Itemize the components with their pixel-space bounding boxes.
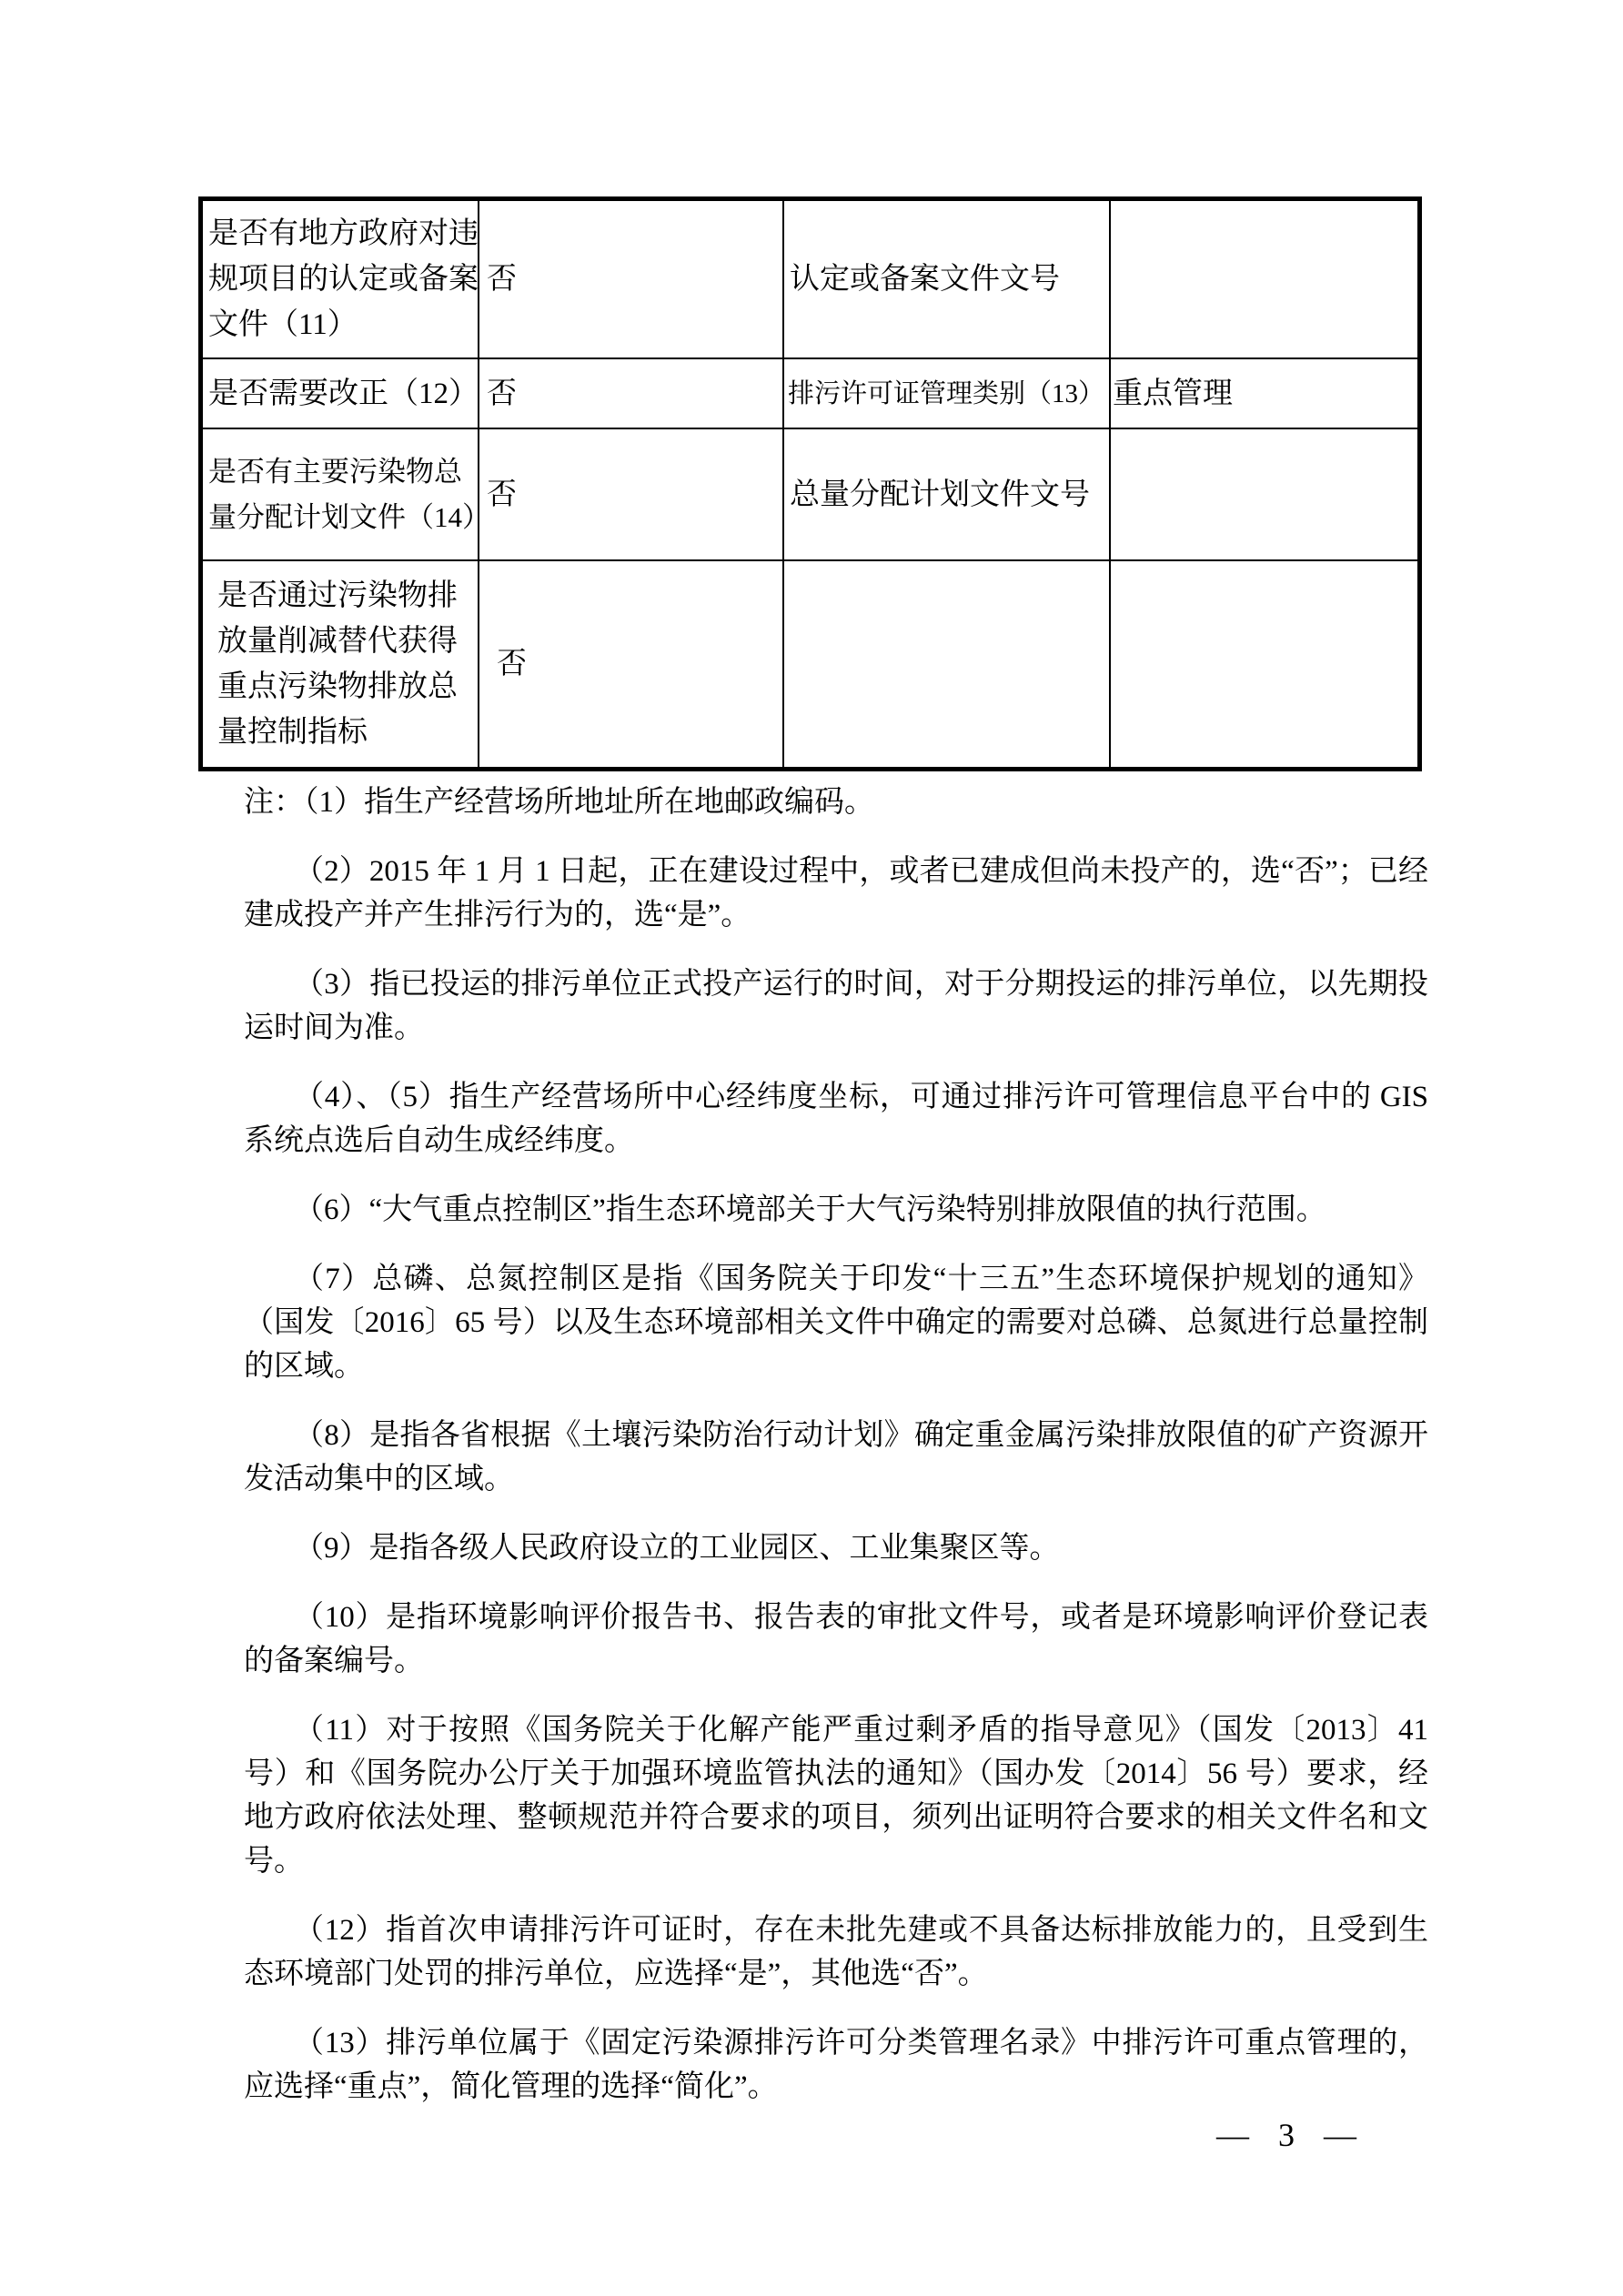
page-number: 3 <box>1278 2116 1295 2154</box>
note-item-11: （11）对于按照《国务院关于化解产能严重过剩矛盾的指导意见》（国发〔2013〕4… <box>244 1708 1428 1883</box>
question-11-line: 文件（11） <box>208 302 478 347</box>
label-text: 总量分配计划文件文号 <box>790 472 1109 518</box>
value-text: 重点管理 <box>1113 371 1417 417</box>
question-offset-line: 量控制指标 <box>217 710 478 755</box>
table-cell-question-12: 是否需要改正（12） <box>203 359 479 429</box>
question-offset-line: 是否通过污染物排 <box>217 573 478 619</box>
note-item-7: （7）总磷、总氮控制区是指《国务院关于印发“十三五”生态环境保护规划的通知》（国… <box>244 1257 1428 1388</box>
question-offset-line: 重点污染物排放总 <box>217 664 478 710</box>
note-item-3: （3）指已投运的排污单位正式投产运行的时间，对于分期投运的排污单位，以先期投运时… <box>244 962 1428 1050</box>
table-cell-empty <box>784 561 1111 767</box>
note-item-4-5: （4）、（5）指生产经营场所中心经纬度坐标，可通过排污许可管理信息平台中的 GI… <box>244 1075 1428 1163</box>
table-cell-label-mgmt-category-13: 排污许可证管理类别（13） <box>784 359 1111 429</box>
note-item-10: （10）是指环境影响评价报告书、报告表的审批文件号，或者是环境影响评价登记表的备… <box>244 1596 1428 1683</box>
table-cell-doc-number-11-value <box>1111 201 1417 359</box>
table-cell-label-doc-number-11: 认定或备案文件文号 <box>784 201 1111 359</box>
table-cell-answer-11: 否 <box>479 201 784 359</box>
answer-value: 否 <box>487 257 782 302</box>
question-12-line: 是否需要改正（12） <box>208 371 478 417</box>
note-item-13: （13）排污单位属于《固定污染源排污许可分类管理名录》中排污许可重点管理的，应选… <box>244 2021 1428 2109</box>
note-item-12: （12）指首次申请排污许可证时，存在未批先建或不具备达标排放能力的，且受到生态环… <box>244 1908 1428 1996</box>
label-text: 排污许可证管理类别（13） <box>788 371 1109 417</box>
question-14-line: 是否有主要污染物总 <box>208 449 478 495</box>
notes-section: 注：（1）指生产经营场所地址所在地邮政编码。 （2）2015 年 1 月 1 日… <box>244 780 1428 2109</box>
permit-info-table: 是否有地方政府对违 规项目的认定或备案 文件（11） 否 认定或备案文件文号 是… <box>198 196 1422 771</box>
answer-value: 否 <box>487 371 782 417</box>
table-cell-quota-doc-number-value <box>1111 429 1417 561</box>
document-page: 是否有地方政府对违 规项目的认定或备案 文件（11） 否 认定或备案文件文号 是… <box>0 0 1623 2296</box>
question-offset-line: 放量削减替代获得 <box>217 619 478 664</box>
page-footer: — 3 — <box>1216 2116 1356 2154</box>
question-11-line: 是否有地方政府对违 <box>208 211 478 257</box>
table-cell-answer-12: 否 <box>479 359 784 429</box>
page-number-dash: — <box>1216 2116 1249 2154</box>
table-cell-question-11: 是否有地方政府对违 规项目的认定或备案 文件（11） <box>203 201 479 359</box>
table-cell-question-offset: 是否通过污染物排 放量削减替代获得 重点污染物排放总 量控制指标 <box>203 561 479 767</box>
table-cell-mgmt-category-13-value: 重点管理 <box>1111 359 1417 429</box>
label-text: 认定或备案文件文号 <box>790 257 1109 302</box>
table-cell-question-14: 是否有主要污染物总 量分配计划文件（14） <box>203 429 479 561</box>
table-cell-empty <box>1111 561 1417 767</box>
question-11-line: 规项目的认定或备案 <box>208 257 478 302</box>
note-item-6: （6）“大气重点控制区”指生态环境部关于大气污染特别排放限值的执行范围。 <box>244 1188 1428 1232</box>
note-item-8: （8）是指各省根据《土壤污染防治行动计划》确定重金属污染排放限值的矿产资源开发活… <box>244 1414 1428 1501</box>
note-item-1: 注：（1）指生产经营场所地址所在地邮政编码。 <box>244 780 1428 824</box>
table-cell-label-quota-doc-number: 总量分配计划文件文号 <box>784 429 1111 561</box>
answer-value: 否 <box>497 641 782 687</box>
answer-value: 否 <box>487 472 782 518</box>
table-cell-answer-offset: 否 <box>479 561 784 767</box>
page-number-dash: — <box>1324 2116 1356 2154</box>
notes-lead: 注： <box>244 786 304 819</box>
note-item-9: （9）是指各级人民政府设立的工业园区、工业集聚区等。 <box>244 1526 1428 1570</box>
note-text: （1）指生产经营场所地址所在地邮政编码。 <box>304 786 874 819</box>
question-14-line: 量分配计划文件（14） <box>208 495 478 540</box>
note-item-2: （2）2015 年 1 月 1 日起，正在建设过程中，或者已建成但尚未投产的，选… <box>244 850 1428 937</box>
table-cell-answer-14: 否 <box>479 429 784 561</box>
